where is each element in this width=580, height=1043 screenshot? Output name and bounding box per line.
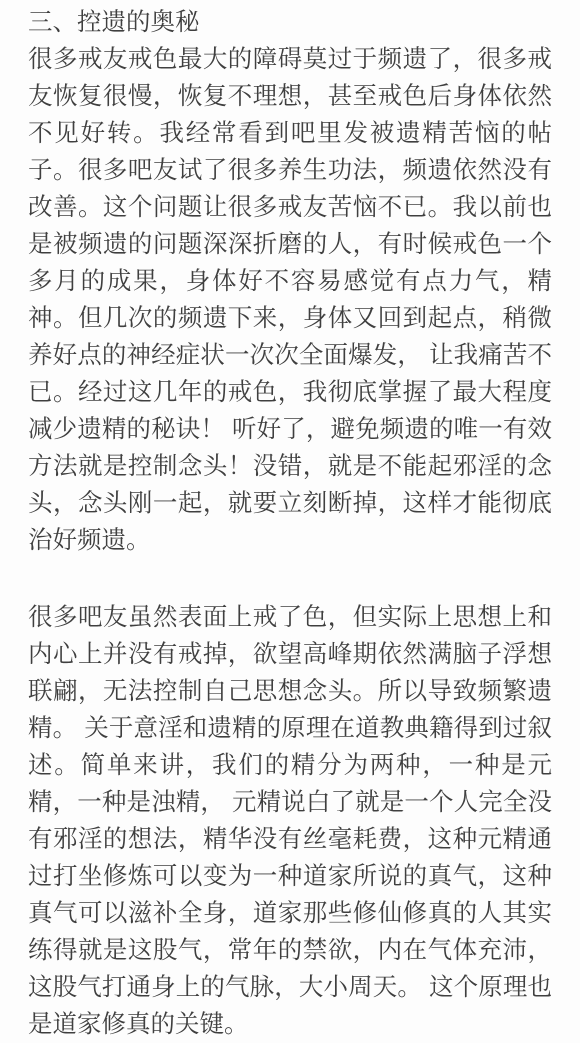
text-line: 很多吧友虽然表面上戒了色，但实际上思想上和 — [28, 599, 552, 636]
text-line: 很多戒友戒色最大的障碍莫过于频遗了，很多戒 — [28, 41, 552, 78]
text-line: 神。但几次的频遗下来，身体又回到起点，稍微 — [28, 300, 552, 337]
text-line: 述。简单来讲，我们的精分为两种，一种是元 — [28, 747, 552, 784]
text-line: 养好点的神经症状一次次全面爆发， 让我痛苦不 — [28, 337, 552, 374]
paragraph: 很多吧友虽然表面上戒了色，但实际上思想上和内心上并没有戒掉，欲望高峰期依然满脑子… — [28, 599, 552, 1043]
text-line: 这股气打通身上的气脉，大小周天。 这个原理也 — [28, 969, 552, 1006]
text-line: 内心上并没有戒掉，欲望高峰期依然满脑子浮想 — [28, 636, 552, 673]
section-title: 三、控遗的奥秘 — [28, 4, 552, 41]
text-line: 减少遗精的秘诀！ 听好了，避免频遗的唯一有效 — [28, 411, 552, 448]
text-line: 是道家修真的关键。 — [28, 1006, 552, 1043]
text-line: 已。经过这几年的戒色，我彻底掌握了最大程度 — [28, 374, 552, 411]
text-line: 练得就是这股气，常年的禁欲，内在气体充沛， — [28, 932, 552, 969]
text-line: 联翩，无法控制自己思想念头。所以导致频繁遗 — [28, 673, 552, 710]
paragraph: 很多戒友戒色最大的障碍莫过于频遗了，很多戒友恢复很慢，恢复不理想，甚至戒色后身体… — [28, 41, 552, 559]
text-line: 头，念头刚一起，就要立刻断掉，这样才能彻底 — [28, 485, 552, 522]
text-line: 有邪淫的想法，精华没有丝毫耗费，这种元精通 — [28, 821, 552, 858]
text-line: 子。很多吧友试了很多养生功法，频遗依然没有 — [28, 152, 552, 189]
text-line: 友恢复很慢，恢复不理想，甚至戒色后身体依然 — [28, 78, 552, 115]
text-line: 治好频遗。 — [28, 522, 552, 559]
text-line: 多月的成果，身体好不容易感觉有点力气，精 — [28, 263, 552, 300]
text-line: 不见好转。我经常看到吧里发被遗精苦恼的帖 — [28, 115, 552, 152]
text-line: 改善。这个问题让很多戒友苦恼不已。我以前也 — [28, 189, 552, 226]
text-line: 是被频遗的问题深深折磨的人，有时候戒色一个 — [28, 226, 552, 263]
text-line: 过打坐修炼可以变为一种道家所说的真气，这种 — [28, 858, 552, 895]
text-line: 精。 关于意淫和遗精的原理在道教典籍得到过叙 — [28, 710, 552, 747]
article-page: 三、控遗的奥秘 很多戒友戒色最大的障碍莫过于频遗了，很多戒友恢复很慢，恢复不理想… — [0, 0, 580, 1043]
text-line: 精，一种是浊精， 元精说白了就是一个人完全没 — [28, 784, 552, 821]
text-line: 真气可以滋补全身，道家那些修仙修真的人其实 — [28, 895, 552, 932]
article-body: 很多戒友戒色最大的障碍莫过于频遗了，很多戒友恢复很慢，恢复不理想，甚至戒色后身体… — [28, 41, 552, 1043]
text-line: 方法就是控制念头！没错，就是不能起邪淫的念 — [28, 448, 552, 485]
